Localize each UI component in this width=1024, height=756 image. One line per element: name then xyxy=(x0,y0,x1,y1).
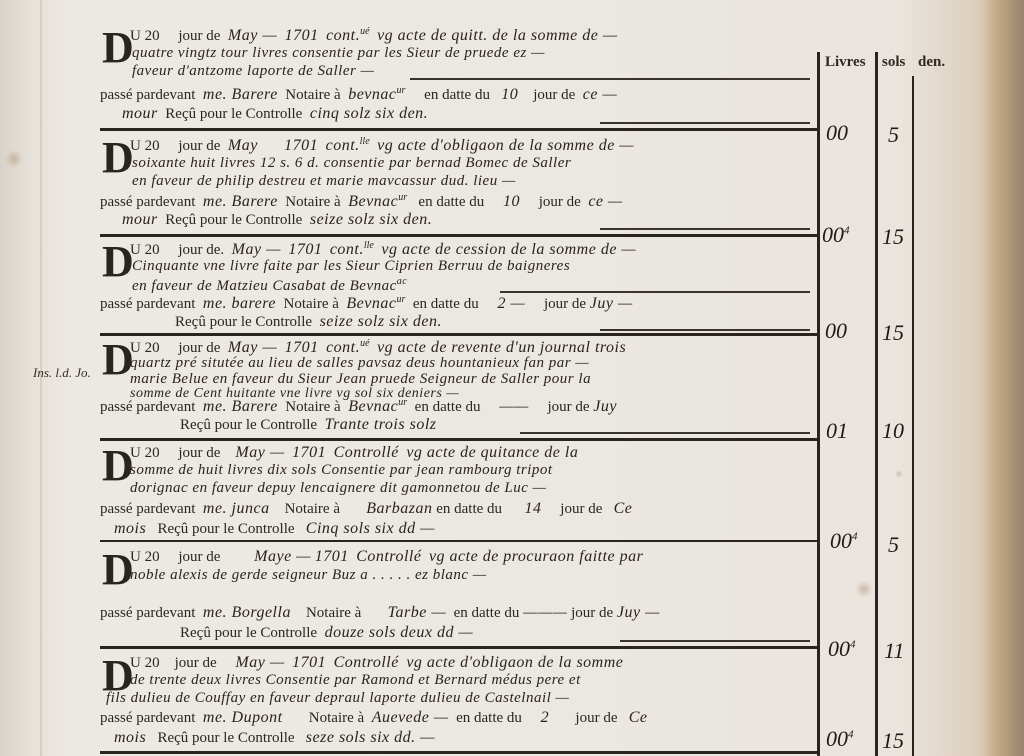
entry-year: 1701 xyxy=(288,241,322,258)
date-day: 10 xyxy=(503,193,520,210)
fee-text: seize solz six den. xyxy=(310,211,432,228)
cont-sup: lle xyxy=(360,136,370,147)
entry-year: 1701 xyxy=(292,444,326,461)
livres-sup: 4 xyxy=(844,225,850,237)
label-notaire: Notaire à xyxy=(285,501,340,517)
notary-line: passé pardevant me. Barere Notaire à Bev… xyxy=(100,192,623,211)
entry-text-line3: en faveur de Matzieu Casabat de Bevnac xyxy=(132,278,397,294)
label-passe: passé pardevant xyxy=(100,501,195,517)
entry-year: 1701 xyxy=(292,654,326,671)
entry-text: en faveur de philip destreu et marie mav… xyxy=(132,173,516,190)
label-datte: en datte du xyxy=(436,501,502,517)
amount-livres: 004 xyxy=(830,528,858,554)
label-passe: passé pardevant xyxy=(100,605,195,621)
cont-label: cont. xyxy=(326,27,360,44)
notary-line: passé pardevant me. barere Notaire à Bev… xyxy=(100,294,633,313)
entry-text: soixante huit livres 12 s. 6 d. consenti… xyxy=(132,155,571,172)
cont-label: cont. xyxy=(326,339,360,356)
entry-month: May — xyxy=(235,654,284,671)
fee-text: Cinq sols six dd — xyxy=(306,520,435,537)
label-jour-de: jour de. xyxy=(178,242,224,258)
fee-line: Reçû pour le Controlle Trante trois solz xyxy=(180,416,437,434)
entry-month: May xyxy=(228,137,258,154)
notary-name: me. Borgella xyxy=(203,604,291,621)
entry-text: dorignac en faveur depuy lencaignere dit… xyxy=(130,480,546,497)
label-jour-de: jour de xyxy=(533,87,575,103)
entry-year: 1701 xyxy=(285,27,319,44)
place-sup: ur xyxy=(398,192,407,203)
label-jour-de: jour de xyxy=(178,138,220,154)
entry-text: vg acte d'obligaon de la somme xyxy=(406,654,623,671)
notary-name: me. Dupont xyxy=(203,709,283,726)
cont-label: cont. xyxy=(326,137,360,154)
entry-text: somme de huit livres dix sols Consentie … xyxy=(130,462,553,479)
label-jour-de: jour de xyxy=(178,549,220,565)
register-page: Livres sols den. Ins. l.d. Jo. D U 20 jo… xyxy=(0,0,1024,756)
label-passe: passé pardevant xyxy=(100,87,195,103)
notary-place: Bevnac xyxy=(348,193,398,210)
entry-text: noble alexis de gerde seigneur Buz a . .… xyxy=(130,567,487,584)
fee-line: Reçû pour le Controlle douze sols deux d… xyxy=(180,624,473,642)
notary-line: passé pardevant me. Dupont Notaire à Aue… xyxy=(100,709,648,727)
label-recu: Reçû pour le Controlle xyxy=(180,417,317,433)
label-recu: Reçû pour le Controlle xyxy=(157,730,294,746)
fill-line xyxy=(410,78,810,80)
fee-text: seize solz six den. xyxy=(320,313,442,330)
notary-name: me. junca xyxy=(203,500,270,517)
entry-month: Maye — xyxy=(254,548,311,565)
entry-year: 1701 xyxy=(285,339,319,356)
label-recu: Reçû pour le Controlle xyxy=(157,521,294,537)
place-sup: ur xyxy=(398,397,407,408)
recu-prefix: mois xyxy=(114,729,146,746)
label-datte: en datte du xyxy=(454,605,520,621)
amount-sols: 15 xyxy=(882,728,904,754)
amount-livres: 01 xyxy=(826,418,848,444)
label-notaire: Notaire à xyxy=(309,710,364,726)
entry-day: U 20 xyxy=(130,138,160,154)
notary-name: me. Barere xyxy=(203,398,278,415)
date-month: Juy — xyxy=(590,295,633,312)
fee-line: mois Reçû pour le Controlle Cinq sols si… xyxy=(114,520,435,538)
fee-text: douze sols deux dd — xyxy=(325,624,474,641)
livres-value: 00 xyxy=(828,636,850,661)
register-entry: D U 20 jour de. May — 1701 cont.lle vg a… xyxy=(100,236,820,336)
label-jour-de: jour de xyxy=(175,655,217,671)
column-rule-sols xyxy=(875,52,878,756)
fee-line: mour Reçû pour le Controlle seize solz s… xyxy=(122,211,432,229)
label-jour-de: jour de xyxy=(547,399,589,415)
livres-value: 00 xyxy=(826,120,848,145)
amount-livres: 004 xyxy=(826,726,854,752)
place-sup: ur xyxy=(396,294,405,305)
fee-line: mois Reçû pour le Controlle seze sols si… xyxy=(114,729,435,747)
date-day: 2 — xyxy=(497,295,525,312)
entry-text: de trente deux livres Consentie par Ramo… xyxy=(130,672,581,689)
drop-cap: D xyxy=(102,26,134,70)
entry-month: May — xyxy=(232,241,281,258)
cont-label: Controllé xyxy=(356,548,421,565)
cont-sup: ué xyxy=(360,26,369,37)
label-notaire: Notaire à xyxy=(306,605,361,621)
fill-line xyxy=(600,329,810,331)
column-head-sols: sols xyxy=(882,54,905,71)
livres-value: 01 xyxy=(826,418,848,443)
fill-line xyxy=(500,291,810,293)
date-month: Juy xyxy=(593,398,617,415)
cont-label: Controllé xyxy=(334,654,399,671)
drop-cap: D xyxy=(102,136,134,180)
label-jour-de: jour de xyxy=(575,710,617,726)
entry-heading: U 20 jour de May 1701 cont.lle vg acte d… xyxy=(130,136,634,155)
date-day: 14 xyxy=(525,500,542,517)
label-datte: en datte du xyxy=(418,194,484,210)
livres-value: 00 xyxy=(822,222,844,247)
date-day: —— xyxy=(499,398,528,415)
drop-cap: D xyxy=(102,548,134,592)
label-jour-de: jour de xyxy=(560,501,602,517)
label-jour-de: jour de xyxy=(539,194,581,210)
entry-text: vg acte de quitt. de la somme de — xyxy=(377,27,618,44)
entry-year: 1701 xyxy=(315,548,349,565)
amount-sols: 5 xyxy=(888,532,899,558)
fee-line: Reçû pour le Controlle seize solz six de… xyxy=(175,313,442,331)
livres-sup: 4 xyxy=(852,531,858,543)
cont-label: Controllé xyxy=(334,444,399,461)
entry-separator xyxy=(100,751,820,754)
date-month: ce — xyxy=(588,193,622,210)
entry-year: 1701 xyxy=(284,137,318,154)
cont-label: cont. xyxy=(330,241,364,258)
column-head-livres: Livres xyxy=(825,54,866,71)
entry-text: vg acte de procuraon faitte par xyxy=(429,548,643,565)
notary-name: me. Barere xyxy=(203,193,278,210)
register-entry: D U 20 jour de May — 1701 cont.ué vg act… xyxy=(100,18,820,133)
label-jour-de: jour de xyxy=(544,296,586,312)
entry-text: vg acte de cession de la somme de — xyxy=(381,241,636,258)
fill-line xyxy=(600,228,810,230)
amount-sols: 15 xyxy=(882,224,904,250)
entry-day: U 20 xyxy=(130,242,160,258)
amount-sols: 5 xyxy=(888,122,899,148)
entry-heading: U 20 jour de. May — 1701 cont.lle vg act… xyxy=(130,240,636,259)
label-recu: Reçû pour le Controlle xyxy=(165,106,302,122)
paper-stain xyxy=(5,150,23,168)
label-notaire: Notaire à xyxy=(285,87,340,103)
register-entry: D U 20 jour de May — 1701 Controllé vg a… xyxy=(100,648,820,756)
fill-line xyxy=(520,432,810,434)
notary-place: Tarbe — xyxy=(388,604,446,621)
date-month: ce — xyxy=(583,86,617,103)
label-passe: passé pardevant xyxy=(100,194,195,210)
label-datte: en datte du xyxy=(415,399,481,415)
label-passe: passé pardevant xyxy=(100,399,195,415)
label-recu: Reçû pour le Controlle xyxy=(175,314,312,330)
drop-cap: D xyxy=(102,240,134,284)
label-datte: en datte du xyxy=(424,87,490,103)
recu-prefix: mois xyxy=(114,520,146,537)
entry-text: faveur d'antzome laporte de Saller — xyxy=(132,63,374,80)
drop-cap: D xyxy=(102,444,134,488)
fee-line: mour Reçû pour le Controlle cinq solz si… xyxy=(122,105,428,123)
column-rule-deniers xyxy=(912,76,914,756)
entry-heading: U 20 jour de May — 1701 cont.ué vg acte … xyxy=(130,26,618,45)
fee-text: Trante trois solz xyxy=(325,416,437,433)
entry-day: U 20 xyxy=(130,549,160,565)
entry-heading: U 20 jour de May — 1701 Controllé vg act… xyxy=(130,654,623,672)
notary-line: passé pardevant me. Barere Notaire à bev… xyxy=(100,85,617,104)
label-jour-de: jour de xyxy=(178,28,220,44)
label-jour-de: jour de xyxy=(571,605,613,621)
livres-sup: 4 xyxy=(848,729,854,741)
fill-line xyxy=(600,122,810,124)
margin-annotation: Ins. l.d. Jo. xyxy=(33,365,91,381)
fee-text: cinq solz six den. xyxy=(310,105,428,122)
label-datte: en datte du xyxy=(413,296,479,312)
notary-place: Auevede — xyxy=(372,709,449,726)
column-head-deniers: den. xyxy=(918,54,945,71)
amount-livres: 004 xyxy=(822,222,850,248)
notary-place: Barbazan xyxy=(366,500,432,517)
label-recu: Reçû pour le Controlle xyxy=(180,625,317,641)
recu-prefix: mour xyxy=(122,105,158,122)
label-jour-de: jour de xyxy=(178,445,220,461)
date-month: Ce xyxy=(614,500,633,517)
amount-livres: 00 xyxy=(826,120,848,146)
notary-line: passé pardevant me. Borgella Notaire à T… xyxy=(100,604,660,622)
entry-text: vg acte de quitance de la xyxy=(406,444,578,461)
livres-value: 00 xyxy=(830,528,852,553)
notary-place: Bevnac xyxy=(348,398,398,415)
notary-place: Bevnac xyxy=(346,295,396,312)
entry-text: quartz pré situtée au lieu de salles pav… xyxy=(130,355,589,372)
register-entry: D U 20 jour de May 1701 cont.lle vg acte… xyxy=(100,130,820,238)
fill-line xyxy=(620,640,810,642)
amount-sols: 11 xyxy=(884,638,904,664)
drop-cap: D xyxy=(102,338,134,382)
entry-month: May — xyxy=(228,27,277,44)
entry-text: fils dulieu de Couffay en faveur depraul… xyxy=(106,690,569,707)
entry-text: quatre vingtz tour livres consentie par … xyxy=(132,45,545,62)
date-month: Juy — xyxy=(617,604,660,621)
date-day: ——— xyxy=(523,604,567,621)
entry-month: May — xyxy=(235,444,284,461)
register-entry: D U 20 jour de Maye — 1701 Controllé vg … xyxy=(100,542,820,650)
entry-text: vg acte d'obligaon de la somme de — xyxy=(377,137,634,154)
register-entry: D U 20 jour de May — 1701 Controllé vg a… xyxy=(100,440,820,544)
date-day: 2 xyxy=(541,709,550,726)
place-sup: ur xyxy=(397,85,406,96)
notary-line: passé pardevant me. Barere Notaire à Bev… xyxy=(100,397,617,416)
notary-name: me. Barere xyxy=(203,86,278,103)
paper-stain xyxy=(855,580,873,598)
date-day: 10 xyxy=(501,86,518,103)
entry-heading: U 20 jour de May — 1701 Controllé vg act… xyxy=(130,444,578,462)
entry-month: May — xyxy=(228,339,277,356)
cont-sup: ué xyxy=(360,338,369,349)
fee-text: seze sols six dd. — xyxy=(306,729,435,746)
recu-prefix: mour xyxy=(122,211,158,228)
livres-value: 00 xyxy=(826,726,848,751)
entry-day: U 20 xyxy=(130,340,160,356)
entry-text: Cinquante vne livre faite par les Sieur … xyxy=(132,258,570,275)
label-recu: Reçû pour le Controlle xyxy=(165,212,302,228)
label-datte: en datte du xyxy=(456,710,522,726)
page-edge xyxy=(984,0,1024,756)
label-notaire: Notaire à xyxy=(285,399,340,415)
paper-stain xyxy=(895,470,903,478)
entry-heading: U 20 jour de Maye — 1701 Controllé vg ac… xyxy=(130,548,643,566)
entry-day: U 20 xyxy=(130,28,160,44)
label-notaire: Notaire à xyxy=(285,194,340,210)
date-month: Ce xyxy=(629,709,648,726)
label-jour-de: jour de xyxy=(178,340,220,356)
entry-day: U 20 xyxy=(130,655,160,671)
amount-sols: 10 xyxy=(882,418,904,444)
notary-place: bevnac xyxy=(348,86,396,103)
cont-sup: lle xyxy=(364,240,374,251)
livres-sup: 4 xyxy=(850,639,856,651)
entry-day: U 20 xyxy=(130,445,160,461)
label-passe: passé pardevant xyxy=(100,710,195,726)
register-entry: D U 20 jour de May — 1701 cont.ué vg act… xyxy=(100,334,820,442)
livres-value: 00 xyxy=(825,318,847,343)
amount-sols: 15 xyxy=(882,320,904,346)
label-passe: passé pardevant xyxy=(100,296,195,312)
entry-text: en faveur de Matzieu Casabat de Bevnacac xyxy=(132,276,407,295)
notary-name: me. barere xyxy=(203,295,276,312)
amount-livres: 004 xyxy=(828,636,856,662)
label-notaire: Notaire à xyxy=(284,296,339,312)
text-sup: ac xyxy=(397,276,407,287)
amount-livres: 00 xyxy=(825,318,847,344)
notary-line: passé pardevant me. junca Notaire à Barb… xyxy=(100,500,632,518)
entry-text: vg acte de revente d'un journal trois xyxy=(377,339,626,356)
